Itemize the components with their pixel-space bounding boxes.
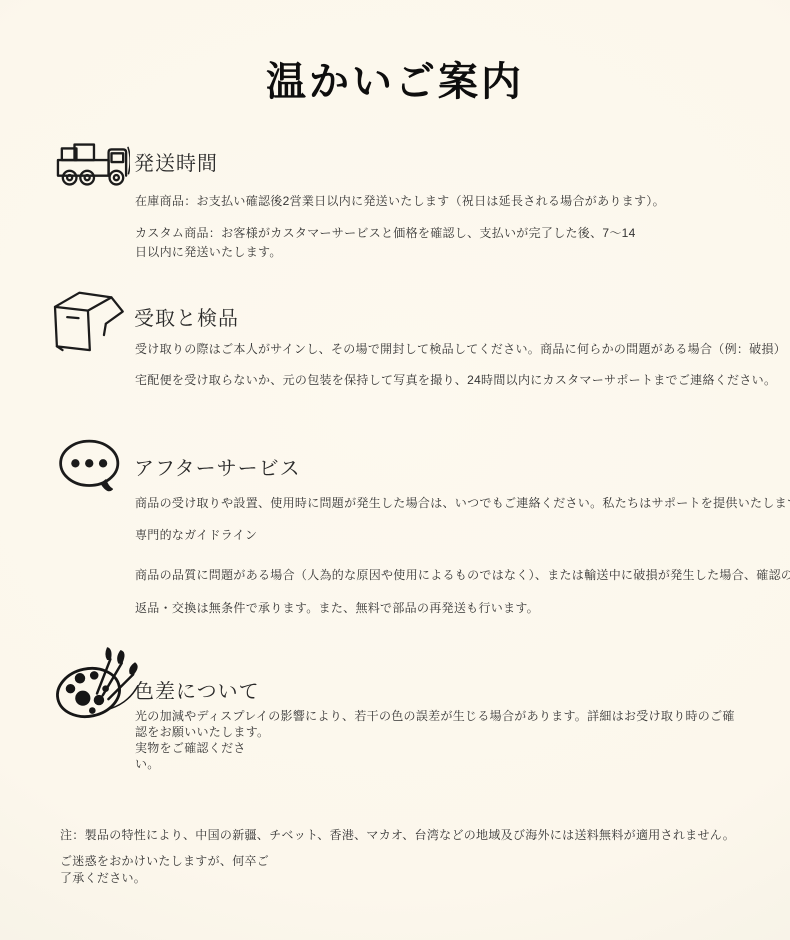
section-paragraph: 受け取りの際はご本人がサインし、その場で開封して検品してください。商品に何らかの… (135, 340, 786, 359)
section-paragraph: 商品の品質に問題がある場合（人為的な原因や使用によるものではなく）、または輸送中… (135, 566, 790, 585)
guidance-page: 温かいご案内 発送時間 在庫商品：お支払い確認後2営業日以内に発送いたします（祝… (0, 0, 790, 940)
section-shipping-time: 発送時間 在庫商品：お支払い確認後2営業日以内に発送いたします（祝日は延長される… (0, 140, 790, 260)
palette-icon (52, 646, 144, 720)
section-color-difference: 色差について 光の加減やディスプレイの影響により、若干の色の誤差が生じる場合があ… (0, 646, 790, 781)
footer-notes: 注：製品の特性により、中国の新疆、チベット、香港、マカオ、台湾などの地域及び海外… (0, 820, 790, 920)
section-paragraph: 宅配便を受け取らないか、元の包装を保持して写真を撮り、24時間以内にカスタマーサ… (135, 371, 776, 390)
section-paragraph: 商品の受け取りや設置、使用時に問題が発生した場合は、いつでもご連絡ください。私た… (135, 494, 790, 513)
section-paragraph: 返品・交換は無条件で承ります。また、無料で部品の再発送も行います。 (135, 599, 539, 618)
section-after-service: アフターサービス 商品の受け取りや設置、使用時に問題が発生した場合は、いつでもご… (0, 438, 790, 618)
section-paragraph: カスタム商品：お客様がカスタマーサービスと価格を確認し、支払いが完了した後、7〜… (135, 224, 636, 262)
section-paragraph: 専門的なガイドライン (135, 526, 257, 545)
footer-note-shipping-exclusions: 注：製品の特性により、中国の新疆、チベット、香港、マカオ、台湾などの地域及び海外… (60, 826, 735, 843)
chat-bubble-icon (56, 438, 128, 496)
box-icon (46, 288, 128, 352)
section-heading: 発送時間 (134, 147, 218, 176)
page-title: 温かいご案内 (0, 50, 790, 107)
section-paragraph: 在庫商品：お支払い確認後2営業日以内に発送いたします（祝日は延長される場合があり… (135, 192, 665, 211)
section-heading: アフターサービス (134, 452, 301, 481)
truck-icon (56, 140, 130, 188)
section-receive-inspect: 受取と検品 受け取りの際はご本人がサインし、その場で開封して検品してください。商… (0, 288, 790, 398)
section-heading: 受取と検品 (134, 302, 239, 331)
section-paragraph: 光の加減やディスプレイの影響により、若干の色の誤差が生じる場合があります。詳細は… (135, 708, 735, 772)
footer-note-apology: ご迷惑をおかけいたしますが、何卒ご 了承ください。 (60, 853, 269, 887)
section-heading: 色差について (134, 675, 260, 704)
